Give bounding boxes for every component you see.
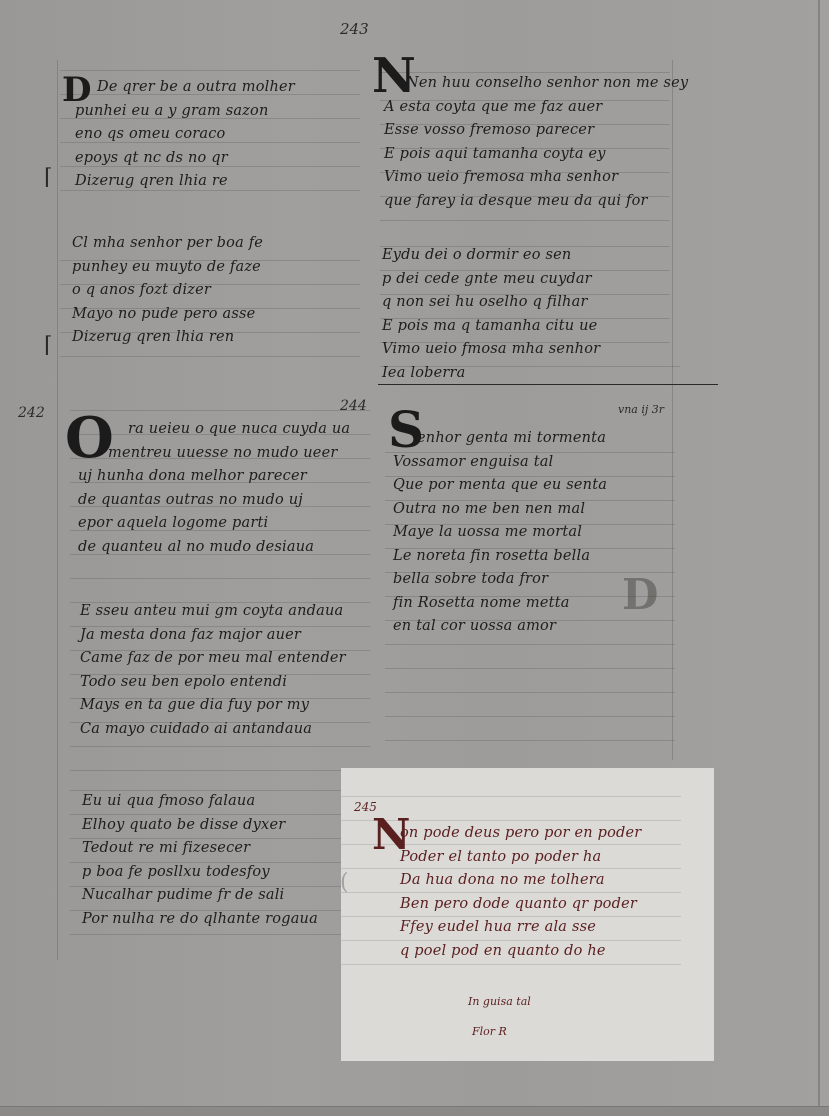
verse-line: Vimo ueio fmosa mha senhor xyxy=(382,338,600,362)
page-number-242: 242 xyxy=(18,405,45,421)
verse-line: Poder el tanto po poder ha xyxy=(400,846,641,870)
faded-initial-d: D xyxy=(622,570,658,619)
verse-line: Le noreta fin rosetta bella xyxy=(393,545,607,569)
manuscript-page: 243 242 244 vna ij 3r D ⌈ De qrer be a o… xyxy=(0,0,829,1116)
poem-middle-left: ra ueieu o que nuca cuyda ua mentreu uue… xyxy=(78,418,350,559)
verse-line: Came faz de por meu mal entender xyxy=(80,647,346,671)
verse-line: Eu ui qua fmoso falaua xyxy=(82,790,318,814)
verse-line: Ffey eudel hua rre ala sse xyxy=(400,916,641,940)
poem-top-right: Nen huu conselho senhor non me sey A est… xyxy=(384,72,688,213)
verse-line: Nucalhar pudime fr de sali xyxy=(82,884,318,908)
verse-line: Que por menta que eu senta xyxy=(393,474,607,498)
verse-line: Ben pero dode quanto qr poder xyxy=(400,893,641,917)
margin-note: vna ij 3r xyxy=(618,403,664,416)
verse-line: E pois aqui tamanha coyta ey xyxy=(384,143,688,167)
verse-line: que farey ia desque meu da qui for xyxy=(384,190,688,214)
verse-line: Tedout re mi fizesecer xyxy=(82,837,318,861)
verse-line: Iea loberra xyxy=(382,362,600,386)
verse-line: Maye la uossa me mortal xyxy=(393,521,607,545)
page-bottom-edge xyxy=(0,1106,829,1116)
verse-line: A esta coyta que me faz auer xyxy=(384,96,688,120)
paragraph-mark: ⌈ xyxy=(44,333,53,358)
verse-line: Da hua dona no me tolhera xyxy=(400,869,641,893)
verse-line: mentreu uuesse no mudo ueer xyxy=(78,442,350,466)
verse-line: Outra no me ben nen mal xyxy=(393,498,607,522)
verse-line: p dei cede gnte meu cuydar xyxy=(382,268,600,292)
faded-mark: ( xyxy=(340,870,349,895)
verse-line: Ja mesta dona faz major auer xyxy=(80,624,346,648)
verse-line: Vimo ueio fremosa mha senhor xyxy=(384,166,688,190)
verse-line: Cl mha senhor per boa fe xyxy=(72,232,263,256)
verse-line: E pois ma q tamanha citu ue xyxy=(382,315,600,339)
verse-line: bella sobre toda fror xyxy=(393,568,607,592)
verse-line: uj hunha dona melhor parecer xyxy=(78,465,350,489)
verse-line: Elhoy quato be disse dyxer xyxy=(82,814,318,838)
verse-line: Por nulha re do qlhante rogaua xyxy=(82,908,318,932)
section-divider xyxy=(378,384,718,385)
verse-line: Ca mayo cuidado ai antandaua xyxy=(80,718,346,742)
poem-top-left-stanza2: Cl mha senhor per boa fe punhey eu muyto… xyxy=(72,232,263,350)
verse-line: enhor genta mi tormenta xyxy=(393,427,607,451)
verse-line: on pode deus pero por en poder xyxy=(400,822,641,846)
verse-line: Dizerug qren lhia re xyxy=(75,170,295,194)
paragraph-mark: ⌈ xyxy=(44,165,53,190)
verse-line: De qrer be a outra molher xyxy=(75,76,295,100)
verse-line: fin Rosetta nome metta xyxy=(393,592,607,616)
verse-line: Mayo no pude pero asse xyxy=(72,303,263,327)
verse-line: en tal cor uossa amor xyxy=(393,615,607,639)
verse-line: epor aquela logome parti xyxy=(78,512,350,536)
page-number-243: 243 xyxy=(340,20,369,38)
verse-line: punhei eu a y gram sazon xyxy=(75,100,295,124)
verse-line: Mays en ta gue dia fuy por my xyxy=(80,694,346,718)
verse-line: E sseu anteu mui gm coyta andaua xyxy=(80,600,346,624)
verse-line: Vossamor enguisa tal xyxy=(393,451,607,475)
verse-line: epoys qt nc ds no qr xyxy=(75,147,295,171)
verse-line: ra ueieu o que nuca cuyda ua xyxy=(78,418,350,442)
verse-line: Dizerug qren lhia ren xyxy=(72,326,263,350)
verse-line: de quantas outras no mudo uj xyxy=(78,489,350,513)
poem-top-right-stanza2: Eydu dei o dormir eo sen p dei cede gnte… xyxy=(382,244,600,385)
poem-middle-right: enhor genta mi tormenta Vossamor enguisa… xyxy=(393,427,607,639)
verse-line: p boa fe posllxu todesfoy xyxy=(82,861,318,885)
verse-line: Todo seu ben epolo entendi xyxy=(80,671,346,695)
verse-line: eno qs omeu coraco xyxy=(75,123,295,147)
patch-note-1: In guisa tal xyxy=(468,995,531,1008)
poem-middle-left-stanza2: E sseu anteu mui gm coyta andaua Ja mest… xyxy=(80,600,346,741)
verse-line: de quanteu al no mudo desiaua xyxy=(78,536,350,560)
verse-line: o q anos fozt dizer xyxy=(72,279,263,303)
patch-note-2: Flor R xyxy=(472,1025,507,1038)
verse-line: q non sei hu oselho q filhar xyxy=(382,291,600,315)
poem-bottom-right: on pode deus pero por en poder Poder el … xyxy=(400,822,641,963)
verse-line: Nen huu conselho senhor non me sey xyxy=(384,72,688,96)
verse-line: Esse vosso fremoso parecer xyxy=(384,119,688,143)
verse-line: q poel pod en quanto do he xyxy=(400,940,641,964)
poem-top-left: De qrer be a outra molher punhei eu a y … xyxy=(75,76,295,194)
page-number-244: 244 xyxy=(340,398,367,414)
verse-line: punhey eu muyto de faze xyxy=(72,256,263,280)
verse-line: Eydu dei o dormir eo sen xyxy=(382,244,600,268)
poem-bottom-left: Eu ui qua fmoso falaua Elhoy quato be di… xyxy=(82,790,318,931)
page-right-edge xyxy=(818,0,820,1116)
